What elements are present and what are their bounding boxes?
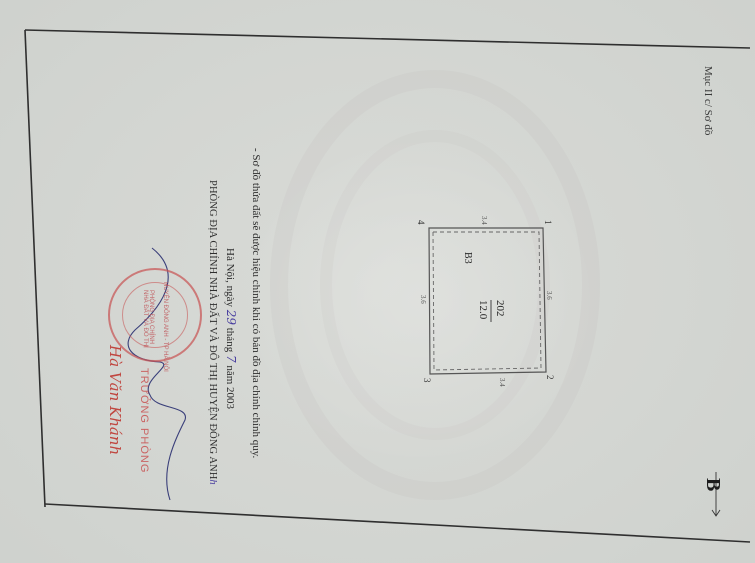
stamp-inner-ring	[122, 282, 188, 348]
date-line: Hà Nội, ngày 29 tháng 7 năm 2003	[224, 248, 238, 409]
date-month: 7	[224, 355, 238, 363]
document-page: Mục II c/ Sơ đồ B3 202 12.0 1 2 3 4 3.6 …	[0, 0, 755, 563]
parcel-area: 12.0	[477, 300, 489, 319]
north-marker: B	[701, 478, 724, 491]
edge-length-3-4: 3.6	[419, 295, 427, 304]
correction-note: - Sơ đồ thửa đất sẽ được hiệu chỉnh khi …	[250, 148, 262, 458]
parcel-id: B3	[462, 252, 473, 264]
date-prefix: Hà Nội, ngày	[224, 248, 236, 307]
date-day: 29	[224, 310, 238, 325]
office-name-line: PHÒNG ĐỊA CHÍNH NHÀ ĐẤT VÀ ĐÔ THỊ HUYỆN …	[207, 180, 218, 485]
vertex-4: 4	[416, 220, 426, 225]
edge-length-4-1: 3.4	[480, 216, 488, 225]
date-month-label: tháng	[224, 328, 236, 352]
office-name: PHÒNG ĐỊA CHÍNH NHÀ ĐẤT VÀ ĐÔ THỊ HUYỆN …	[207, 180, 218, 479]
stamp-inner-text: PHÒNG ĐỊA CHÍNH NHÀ ĐẤT VÀ ĐÔ THỊ	[142, 290, 154, 350]
stamp-title: TRƯỞNG PHÒNG	[138, 368, 150, 473]
edge-length-1-2: 3.6	[545, 291, 553, 300]
signer-name: Hà Văn Khánh	[106, 345, 124, 455]
date-year: năm 2003	[224, 365, 236, 409]
stamp-outer-text: HUYỆN ĐÔNG ANH - TP HÀ NỘI	[162, 282, 168, 372]
edge-length-2-3: 3.4	[498, 378, 506, 387]
office-handwritten-suffix: h	[207, 479, 218, 484]
vertex-1: 1	[543, 220, 553, 225]
page-border	[0, 0, 755, 563]
parcel-number: 202	[494, 300, 506, 317]
section-label: Mục II c/ Sơ đồ	[702, 66, 714, 135]
vertex-3: 3	[422, 378, 432, 383]
vertex-2: 2	[545, 375, 555, 380]
